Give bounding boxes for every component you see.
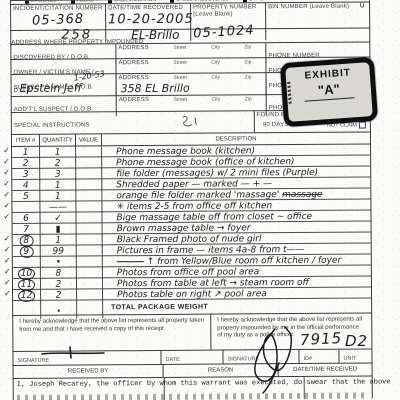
date-recovered-value: 10-20-2005 — [108, 12, 188, 28]
margin-check-mark: ✓ — [3, 146, 10, 155]
item-quantity: 1 — [55, 181, 61, 191]
address-impounded-number: 258 — [61, 27, 92, 42]
item-number: 1 — [23, 148, 29, 158]
item-quantity: 99 — [52, 247, 64, 257]
margin-check-mark: ✓ — [3, 201, 10, 210]
item-number: 7 — [23, 225, 29, 235]
recipient-signature — [40, 345, 110, 359]
margin-check-mark: ✓ — [3, 168, 10, 177]
total-row-mark: • — [56, 307, 61, 316]
suspect-address-value: 358 EL Brillo — [121, 82, 190, 95]
checkbox-icon — [71, 0, 75, 4]
zip-label: Zip — [245, 74, 252, 93]
scanned-property-receipt: EVIDENCEFOUNDLAB/EVALUATIONSTOLEN/RECOVE… — [0, 0, 400, 400]
item-quantity: 1 — [55, 192, 61, 202]
checkbox-icon — [170, 0, 174, 3]
type-checkbox-label: FOUND — [77, 0, 95, 4]
item-number: 3 — [23, 170, 29, 180]
suspect-name-value: Epstein Jeff — [20, 82, 82, 95]
item-number: 5 — [23, 192, 29, 202]
type-checkbox: OTHER — [243, 0, 267, 2]
margin-check-mark: ✓ — [4, 256, 11, 265]
checkbox-icon — [108, 0, 112, 3]
city-label: City — [211, 75, 220, 94]
struck-text: ——— — [117, 257, 144, 267]
margin-check-mark: ✓ — [3, 179, 10, 188]
pencil-scribble — [177, 114, 203, 130]
type-checkbox: LAB/EVALUATION — [108, 0, 156, 3]
item-number: 2 — [23, 159, 29, 169]
item-quantity: ✓ — [54, 214, 62, 224]
received-by-label: RECEIVED BY — [14, 365, 164, 378]
margin-check-mark: ✓ — [4, 289, 11, 298]
bin-number-label: BIN NUMBER (Leave Blank) — [268, 4, 367, 12]
item-quantity: 2 — [56, 280, 62, 290]
type-checkbox-label: OTHER — [249, 0, 267, 2]
type-checkbox-label: EVIDENCE — [31, 0, 57, 4]
item-quantity: 2 — [55, 159, 61, 169]
type-checkbox: FOUND — [71, 0, 95, 4]
item-quantity: 3 — [55, 170, 61, 180]
officer-id-value: 7915 — [300, 329, 343, 349]
type-checkbox-label: STOLEN/RECOVERED — [176, 0, 229, 3]
item-quantity: • — [56, 258, 61, 268]
property-number-label: PROPERTY NUMBER (Leave Blank) — [193, 4, 263, 18]
unit-label: UNIT — [339, 349, 371, 362]
item-quantity: —— — [49, 203, 67, 213]
margin-check-mark: ✓ — [3, 157, 10, 166]
margin-check-mark: ✓ — [4, 278, 11, 287]
items-table-body: ✓11Phone message book (kitchen)✓22Phone … — [11, 144, 372, 301]
item-number: 4 — [23, 181, 29, 191]
item-quantity: 1 — [55, 236, 61, 246]
item-number-header: ITEM # — [12, 135, 40, 146]
margin-check-mark: ✓ — [4, 245, 11, 254]
margin-check-mark: ✓ — [3, 212, 10, 221]
type-checkbox: EVIDENCE — [25, 0, 57, 4]
item-number: 6 — [23, 214, 29, 224]
margin-check-mark: ✓ — [4, 267, 11, 276]
special-instructions-label: SPECIAL INSTRUCTIONS — [14, 122, 90, 129]
type-checkbox: STOLEN/RECOVERED — [170, 0, 229, 3]
exhibit-stamp-letter: "A" — [286, 79, 371, 100]
type-checkbox-label: LAB/EVALUATION — [114, 0, 156, 3]
description-header: DESCRIPTION — [102, 132, 370, 145]
bin-scribble: ∪ — [359, 1, 365, 10]
officer-statement-text: I, Joseph Recarey, the officer by whom t… — [17, 378, 391, 389]
margin-check-mark: ✓ — [4, 234, 11, 243]
item-quantity: 8 — [56, 269, 62, 279]
not-claim-checkbox — [359, 122, 366, 129]
exhibit-stamp: EXHIBIT "A" — [280, 57, 378, 127]
quantity-header: QUANTITY — [40, 135, 76, 146]
struck-text: massage — [282, 190, 323, 200]
address-impounded-street: EL-Brillo — [131, 28, 179, 42]
margin-check-mark: ✓ — [3, 190, 10, 199]
checkbox-icon — [243, 0, 247, 2]
officer-unit-value: D2 — [345, 332, 368, 350]
item-quantity: ▮ — [56, 225, 61, 235]
item-quantity: 1 — [55, 148, 61, 158]
checkbox-icon — [25, 0, 29, 4]
item-quantity: 2 — [56, 291, 62, 301]
value-header: VALUE — [76, 134, 102, 145]
date-label: DATE — [161, 351, 223, 364]
